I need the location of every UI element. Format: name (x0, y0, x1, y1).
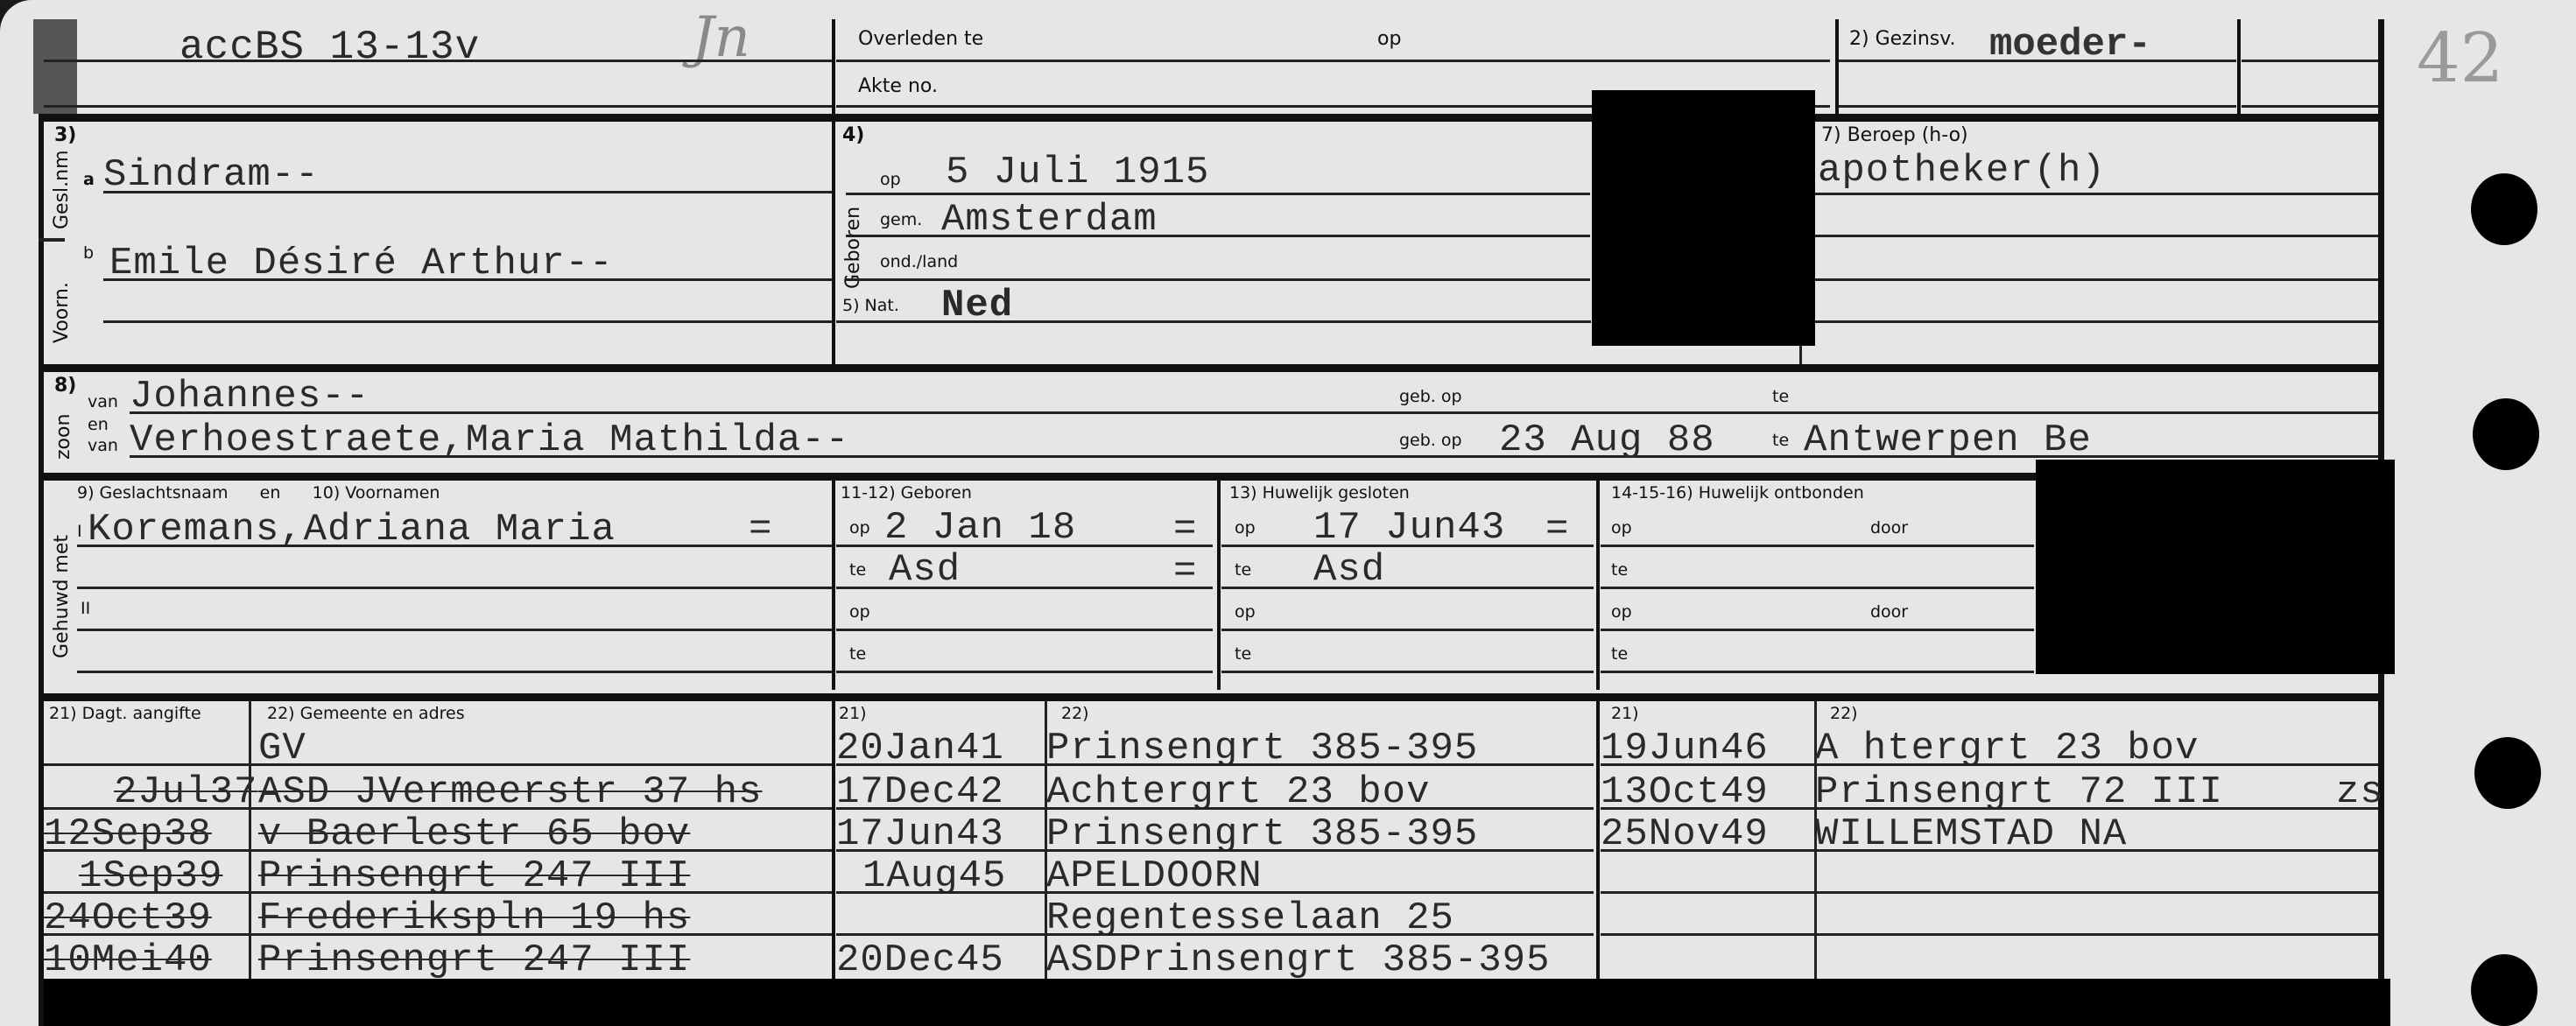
overleden-op-label: op (1377, 28, 1401, 50)
rule (44, 849, 832, 852)
marriage-1-op-label: op (1235, 518, 1256, 538)
rule (1839, 105, 2236, 108)
divider (832, 700, 835, 980)
divider (832, 121, 835, 364)
dissolved-2-door-label: door (1870, 602, 1908, 622)
birth-gem-label: gem. (880, 210, 922, 229)
address-col1-date-header: 21) Dagt. aangifte (49, 704, 201, 723)
side-label-surname: Gesl.nm (51, 150, 73, 229)
spouse-born-header: 11-12) Geboren (841, 483, 972, 502)
spouse-1-born-te-label: te (849, 560, 866, 580)
spouse-2-born-op-label: op (849, 602, 870, 622)
dissolved-2-te-label: te (1611, 644, 1628, 664)
redaction-block (44, 979, 2390, 1026)
rule (1815, 278, 2378, 281)
rule (1601, 629, 2034, 631)
rule (836, 763, 1594, 766)
rule (836, 545, 1213, 547)
rule (77, 629, 832, 631)
spouse-1-born-op-label: op (849, 518, 870, 538)
birth-ond-land-label: ond./land (880, 252, 958, 271)
dissolved-1-door-label: door (1870, 518, 1908, 538)
rule (1221, 671, 1594, 673)
rule (77, 671, 832, 673)
side-label-geboren: Geboren (842, 207, 864, 289)
dissolved-1-op-label: op (1611, 518, 1632, 538)
section-3-number: 3) (54, 124, 76, 146)
rule (103, 278, 832, 281)
divider (1217, 480, 1221, 690)
father-geb-op-label: geb. op (1399, 387, 1462, 406)
mother-birth-date-value: 23 Aug 88 (1499, 418, 1715, 462)
spouse-2-marker: II (81, 599, 90, 618)
punch-hole (2471, 173, 2537, 245)
redaction-block (2036, 460, 2395, 674)
section-rule (39, 693, 2381, 701)
rule (44, 763, 832, 766)
rule (1601, 671, 2034, 673)
divider (1596, 480, 1600, 690)
marriage-1-date-value: 17 Jun43 (1313, 506, 1505, 550)
en-label: en (88, 415, 109, 434)
punch-hole (2471, 954, 2537, 1026)
rule (39, 238, 65, 242)
rule (836, 891, 1594, 894)
rule (1601, 891, 2378, 894)
rule (2242, 105, 2378, 108)
divider (832, 480, 835, 690)
rule (846, 193, 1590, 195)
section-8-number: 8) (54, 375, 76, 397)
mother-birth-place-value: Antwerpen Be (1804, 418, 2092, 462)
spouse-1-birth-place-value: Asd (889, 548, 961, 592)
rule (1815, 320, 2378, 323)
rule (836, 629, 1213, 631)
rule (1601, 545, 2034, 547)
dissolved-1-te-label: te (1611, 560, 1628, 580)
rule (846, 278, 1590, 281)
firstnames-marker: b (83, 243, 94, 263)
akte-label: Akte no. (858, 75, 938, 97)
spouse-1-marker: I (77, 522, 82, 541)
rule (1221, 587, 1594, 589)
rule (103, 320, 832, 323)
address-col2-address-number: 22) (1061, 704, 1089, 723)
marriage-concluded-header: 13) Huwelijk gesloten (1229, 483, 1410, 502)
father-van-label: van (88, 392, 118, 411)
dissolved-2-op-label: op (1611, 602, 1632, 622)
divider (2237, 19, 2241, 114)
marriage-2-te-label: te (1235, 644, 1251, 664)
punch-hole (2473, 398, 2539, 470)
punch-hole (2474, 737, 2541, 809)
population-register-card: accBS 13-13v Jn Overleden te op Akte no.… (0, 0, 2576, 1026)
rule (836, 320, 1591, 323)
rule (1601, 587, 2034, 589)
rule (836, 671, 1213, 673)
rule (836, 60, 1830, 62)
gezinsv-label: 2) Gezinsv. (1849, 28, 1956, 50)
marriage-1-te-label: te (1235, 560, 1251, 580)
rule (836, 587, 1213, 589)
rule (1815, 193, 2378, 195)
rule (1601, 849, 2378, 852)
rule (44, 60, 832, 62)
rule (2242, 60, 2378, 62)
rule (1601, 807, 2378, 810)
redaction-block (1592, 90, 1815, 346)
occupation-value: apotheker(h) (1818, 149, 2106, 193)
address-entry-address: Prinsengrt 247 III (258, 938, 690, 982)
reference-code: accBS 13-13v (179, 25, 480, 70)
address-col3-address-number: 22) (1830, 704, 1858, 723)
birth-op-label: op (880, 170, 901, 189)
address-col3-date-number: 21) (1611, 704, 1639, 723)
divider (832, 19, 835, 114)
birth-date-value: 5 Juli 1915 (946, 151, 1209, 194)
handwritten-page-number: 42 (2417, 19, 2503, 98)
divider (1596, 700, 1600, 980)
section-rule (39, 473, 2052, 481)
mother-van-label: van (88, 436, 118, 455)
divider (1835, 19, 1839, 114)
rule (836, 807, 1594, 810)
address-entry-date: 20Dec45 (836, 938, 1004, 982)
nationality-label: 5) Nat. (842, 296, 899, 315)
rule (836, 849, 1594, 852)
rule (1815, 235, 2378, 237)
section-rule (39, 114, 2381, 122)
rule (77, 587, 832, 589)
rule (103, 191, 832, 193)
section-4-number: 4) (842, 124, 864, 146)
rule (1601, 933, 2378, 936)
side-label-gehuwd-met: Gehuwd met (51, 535, 73, 658)
top-left-tab (33, 19, 77, 114)
occupation-label: 7) Beroep (h-o) (1821, 124, 1968, 146)
rule (44, 933, 832, 936)
father-te-label: te (1772, 387, 1789, 406)
address-entry-date: 10Mei40 (44, 938, 212, 982)
surname-marker: a (83, 170, 95, 189)
marriage-dissolved-header: 14-15-16) Huwelijk ontbonden (1611, 483, 1864, 502)
rule (44, 807, 832, 810)
mother-te-label: te (1772, 431, 1789, 450)
rule (1221, 545, 1594, 547)
rule (1839, 60, 2236, 62)
section-rule (39, 364, 2381, 372)
rule (1601, 763, 2378, 766)
rule (130, 411, 2378, 414)
rule (44, 891, 832, 894)
address-entry-address: ASDPrinsengrt 385-395 (1046, 938, 1551, 982)
divider (249, 700, 251, 980)
spouse-2-born-te-label: te (849, 644, 866, 664)
marriage-2-op-label: op (1235, 602, 1256, 622)
rule (77, 545, 832, 547)
side-label-firstnames: Voorn. (51, 282, 73, 343)
rule (836, 933, 1594, 936)
mother-geb-op-label: geb. op (1399, 431, 1462, 450)
rule (846, 235, 1590, 237)
left-frame-border (39, 25, 44, 1026)
divider (1799, 346, 1802, 365)
address-col1-address-header: 22) Gemeente en adres (267, 704, 465, 723)
address-col2-date-number: 21) (839, 704, 867, 723)
marriage-1-place-value: Asd (1313, 548, 1385, 592)
overleden-label: Overleden te (858, 28, 983, 50)
rule (44, 105, 832, 108)
side-label-zoon: zoon (53, 414, 74, 460)
spouse-1-birth-date-value: 2 Jan 18 (884, 506, 1076, 550)
spouse-names-header: 9) Geslachtsnaam en 10) Voornamen (77, 483, 440, 502)
rule (1221, 629, 1594, 631)
